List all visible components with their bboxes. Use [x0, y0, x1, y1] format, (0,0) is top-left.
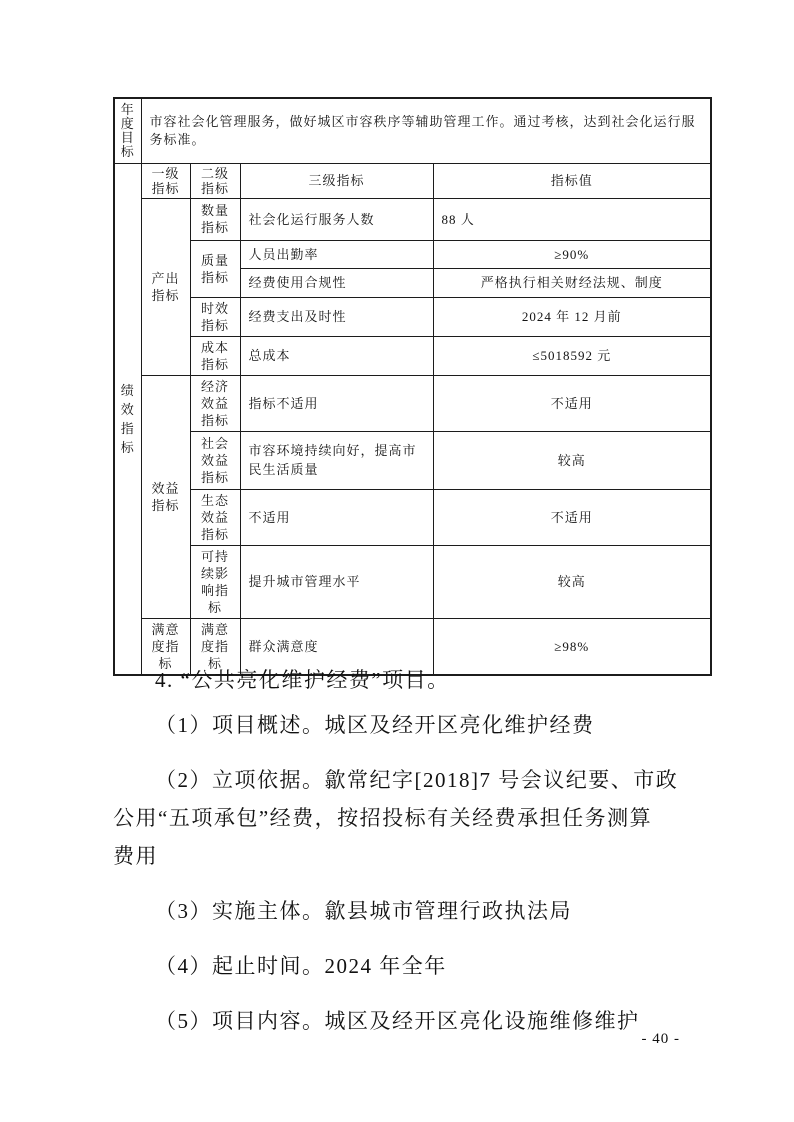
- value-cell: 不适用: [433, 375, 711, 431]
- table-row: 社会效益指标 市容环境持续向好，提高市民生活质量 较高: [114, 431, 711, 489]
- col-header-level2: 二级指标: [190, 163, 240, 198]
- level2-economic-benefit-cell: 经济效益指标: [190, 375, 240, 431]
- level2-ecological-benefit-cell: 生态效益指标: [190, 489, 240, 545]
- indicator-cell: 指标不适用: [240, 375, 433, 431]
- indicator-cell: 经费使用合规性: [240, 268, 433, 297]
- indicator-cell: 不适用: [240, 489, 433, 545]
- level2-quantity-cell: 数量指标: [190, 198, 240, 240]
- section-heading-item-4: 4. “公共亮化维护经费”项目。: [113, 661, 713, 699]
- level1-output-cell: 产出指标: [141, 198, 190, 375]
- para-project-basis: （2）立项依据。歙常纪字[2018]7 号会议纪要、市政 公用“五项承包”经费，…: [113, 761, 713, 875]
- level2-sustainability-cell: 可持续影响指标: [190, 545, 240, 618]
- value-cell: 较高: [433, 545, 711, 618]
- value-cell: 不适用: [433, 489, 711, 545]
- table-row: 产出指标 数量指标 社会化运行服务人数 88 人: [114, 198, 711, 240]
- indicator-cell: 社会化运行服务人数: [240, 198, 433, 240]
- table-row: 时效指标 经费支出及时性 2024 年 12 月前: [114, 297, 711, 336]
- document-page: 年度目标 市容社会化管理服务，做好城区市容秩序等辅助管理工作。通过考核，达到社会…: [0, 0, 794, 1122]
- annual-goal-row: 年度目标 市容社会化管理服务，做好城区市容秩序等辅助管理工作。通过考核，达到社会…: [114, 98, 711, 163]
- level1-benefit-cell: 效益指标: [141, 375, 190, 618]
- col-header-value: 指标值: [433, 163, 711, 198]
- value-cell: 较高: [433, 431, 711, 489]
- para-project-overview: （1）项目概述。城区及经开区亮化维护经费: [113, 706, 713, 744]
- col-header-level3: 三级指标: [240, 163, 433, 198]
- para-time-range: （4）起止时间。2024 年全年: [113, 947, 713, 985]
- column-header-row: 绩效指标 一级指标 二级指标 三级指标 指标值: [114, 163, 711, 198]
- annual-goal-header-cell: 年度目标: [114, 98, 141, 163]
- para-implementing-body: （3）实施主体。歙县城市管理行政执法局: [113, 892, 713, 930]
- indicator-cell: 总成本: [240, 336, 433, 375]
- table-row: 成本指标 总成本 ≤5018592 元: [114, 336, 711, 375]
- level2-quality-cell: 质量指标: [190, 240, 240, 297]
- value-cell: 严格执行相关财经法规、制度: [433, 268, 711, 297]
- table-row: 质量指标 人员出勤率 ≥90%: [114, 240, 711, 268]
- performance-indicator-table-wrap: 年度目标 市容社会化管理服务，做好城区市容秩序等辅助管理工作。通过考核，达到社会…: [113, 97, 710, 676]
- indicator-cell: 经费支出及时性: [240, 297, 433, 336]
- indicator-cell: 市容环境持续向好，提高市民生活质量: [240, 431, 433, 489]
- col-header-level1: 一级指标: [141, 163, 190, 198]
- page-number: - 40 -: [113, 1031, 680, 1048]
- table-row: 效益指标 经济效益指标 指标不适用 不适用: [114, 375, 711, 431]
- table-row: 生态效益指标 不适用 不适用: [114, 489, 711, 545]
- performance-side-label-cell: 绩效指标: [114, 163, 141, 675]
- level2-timeliness-cell: 时效指标: [190, 297, 240, 336]
- value-cell: ≤5018592 元: [433, 336, 711, 375]
- indicator-cell: 提升城市管理水平: [240, 545, 433, 618]
- level2-social-benefit-cell: 社会效益指标: [190, 431, 240, 489]
- value-cell: 2024 年 12 月前: [433, 297, 711, 336]
- indicator-cell: 人员出勤率: [240, 240, 433, 268]
- level2-cost-cell: 成本指标: [190, 336, 240, 375]
- value-cell: ≥90%: [433, 240, 711, 268]
- body-text-block: 4. “公共亮化维护经费”项目。 （1）项目概述。城区及经开区亮化维护经费 （2…: [113, 661, 713, 1057]
- annual-goal-text-cell: 市容社会化管理服务，做好城区市容秩序等辅助管理工作。通过考核，达到社会化运行服务…: [141, 98, 711, 163]
- value-cell: 88 人: [433, 198, 711, 240]
- performance-indicator-table: 年度目标 市容社会化管理服务，做好城区市容秩序等辅助管理工作。通过考核，达到社会…: [113, 97, 712, 676]
- table-row: 可持续影响指标 提升城市管理水平 较高: [114, 545, 711, 618]
